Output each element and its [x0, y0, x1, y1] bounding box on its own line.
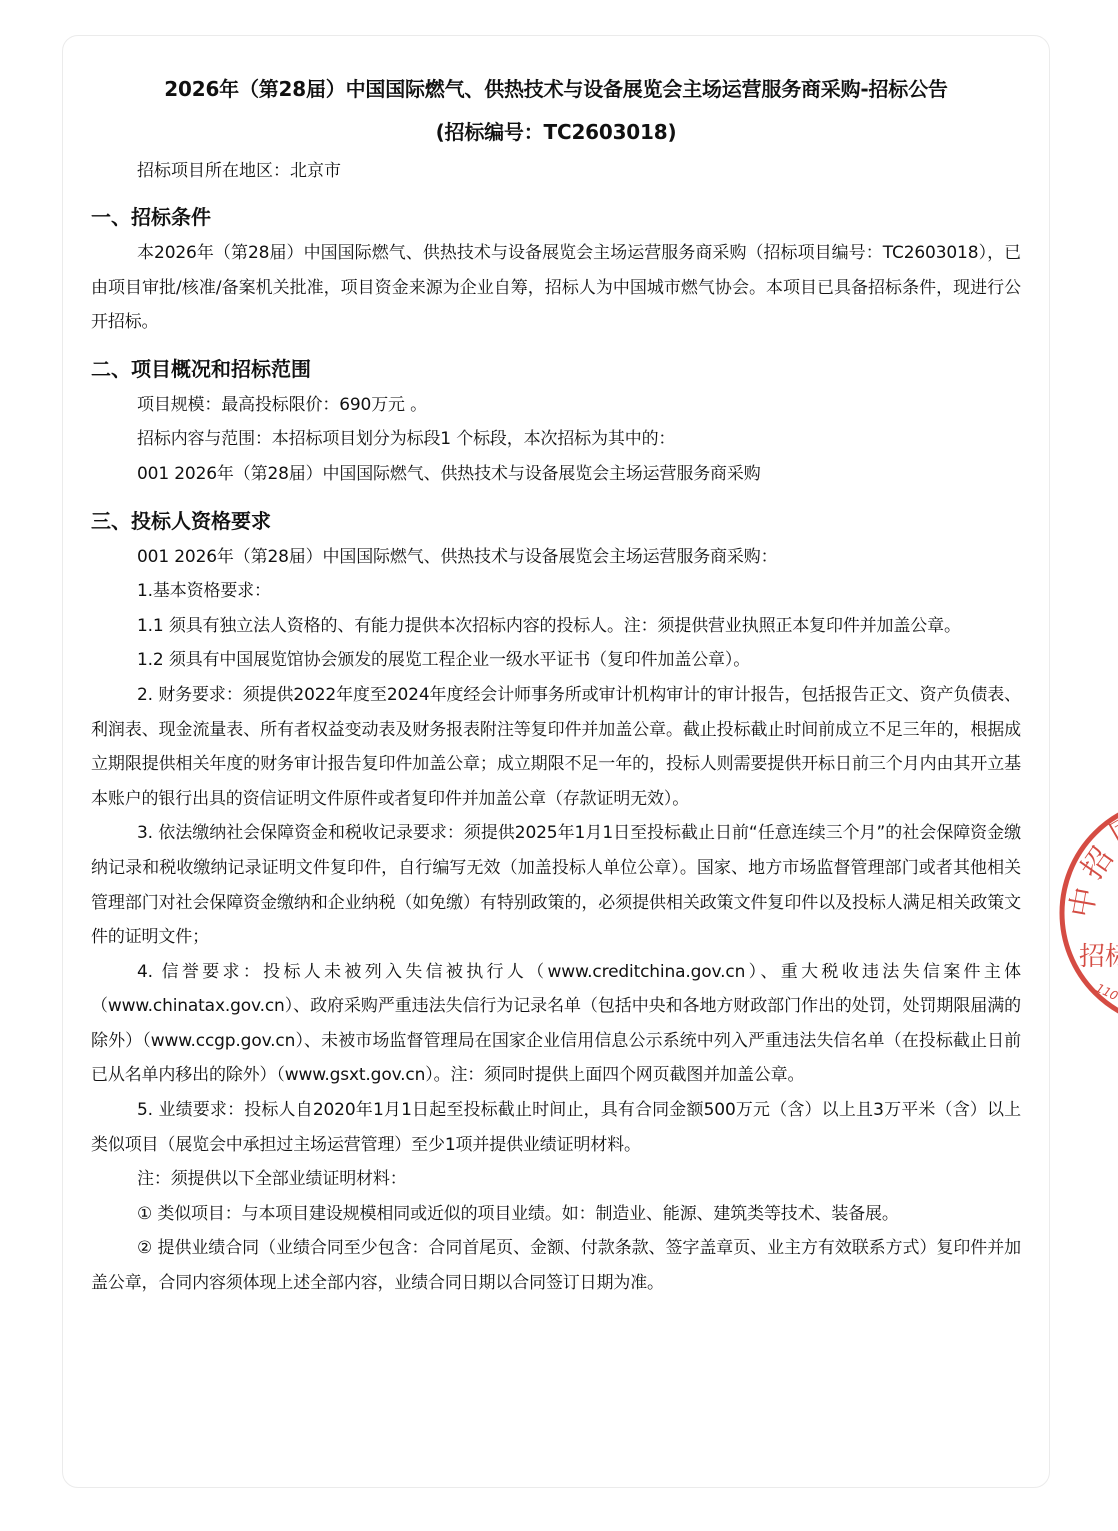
paragraph: 项目规模：最高投标限价：690万元 。 [91, 388, 1021, 423]
section-bidding-conditions: 一、招标条件 本2026年（第28届）中国国际燃气、供热技术与设备展览会主场运营… [91, 200, 1021, 340]
seal-inner-text: 招标 [1079, 942, 1118, 972]
section-project-overview: 二、项目概况和招标范围 项目规模：最高投标限价：690万元 。 招标内容与范围：… [91, 352, 1021, 492]
section-heading: 二、项目概况和招标范围 [91, 352, 1021, 386]
seal-char: 中 [1064, 885, 1104, 921]
section-bidder-qualifications: 三、投标人资格要求 001 2026年（第28届）中国国际燃气、供热技术与设备展… [91, 504, 1021, 1301]
project-region: 招标项目所在地区：北京市 [91, 154, 1021, 188]
paragraph: ① 类似项目：与本项目建设规模相同或近似的项目业绩。如：制造业、能源、建筑类等技… [91, 1197, 1021, 1232]
paragraph: 招标内容与范围：本招标项目划分为标段1 个标段，本次招标为其中的： [91, 422, 1021, 457]
title-line-2: (招标编号：TC2603018) [91, 111, 1021, 154]
paragraph: 1.基本资格要求： [91, 574, 1021, 609]
paragraph: 001 2026年（第28届）中国国际燃气、供热技术与设备展览会主场运营服务商采… [91, 457, 1021, 492]
section-heading: 一、招标条件 [91, 200, 1021, 234]
paragraph: 1.2 须具有中国展览馆协会颁发的展览工程企业一级水平证书（复印件加盖公章）。 [91, 643, 1021, 678]
paragraph: 注：须提供以下全部业绩证明材料： [91, 1162, 1021, 1197]
svg-text:招: 招 [1075, 841, 1118, 886]
svg-text:国: 国 [1104, 808, 1118, 853]
paragraph: 4. 信誉要求：投标人未被列入失信被执行人（www.creditchina.go… [91, 955, 1021, 1093]
seal-number: 110 [1094, 981, 1118, 1004]
title-line-1: 2026年（第28届）中国国际燃气、供热技术与设备展览会主场运营服务商采购-招标… [91, 68, 1021, 111]
paragraph: 1.1 须具有独立法人资格的、有能力提供本次招标内容的投标人。注：须提供营业执照… [91, 609, 1021, 644]
official-seal-icon: 中 招 国 际 招标 110 [1055, 797, 1118, 1029]
paragraph: 本2026年（第28届）中国国际燃气、供热技术与设备展览会主场运营服务商采购（招… [91, 236, 1021, 340]
paragraph: 2. 财务要求：须提供2022年度至2024年度经会计师事务所或审计机构审计的审… [91, 678, 1021, 816]
paragraph: 3. 依法缴纳社会保障资金和税收记录要求：须提供2025年1月1日至投标截止日前… [91, 816, 1021, 954]
section-heading: 三、投标人资格要求 [91, 504, 1021, 538]
announcement-card: 2026年（第28届）中国国际燃气、供热技术与设备展览会主场运营服务商采购-招标… [62, 35, 1050, 1488]
paragraph: 5. 业绩要求：投标人自2020年1月1日起至投标截止时间止，具有合同金额500… [91, 1093, 1021, 1162]
paragraph: ② 提供业绩合同（业绩合同至少包含：合同首尾页、金额、付款条款、签字盖章页、业主… [91, 1231, 1021, 1300]
paragraph: 001 2026年（第28届）中国国际燃气、供热技术与设备展览会主场运营服务商采… [91, 540, 1021, 575]
announcement-title: 2026年（第28届）中国国际燃气、供热技术与设备展览会主场运营服务商采购-招标… [91, 68, 1021, 154]
